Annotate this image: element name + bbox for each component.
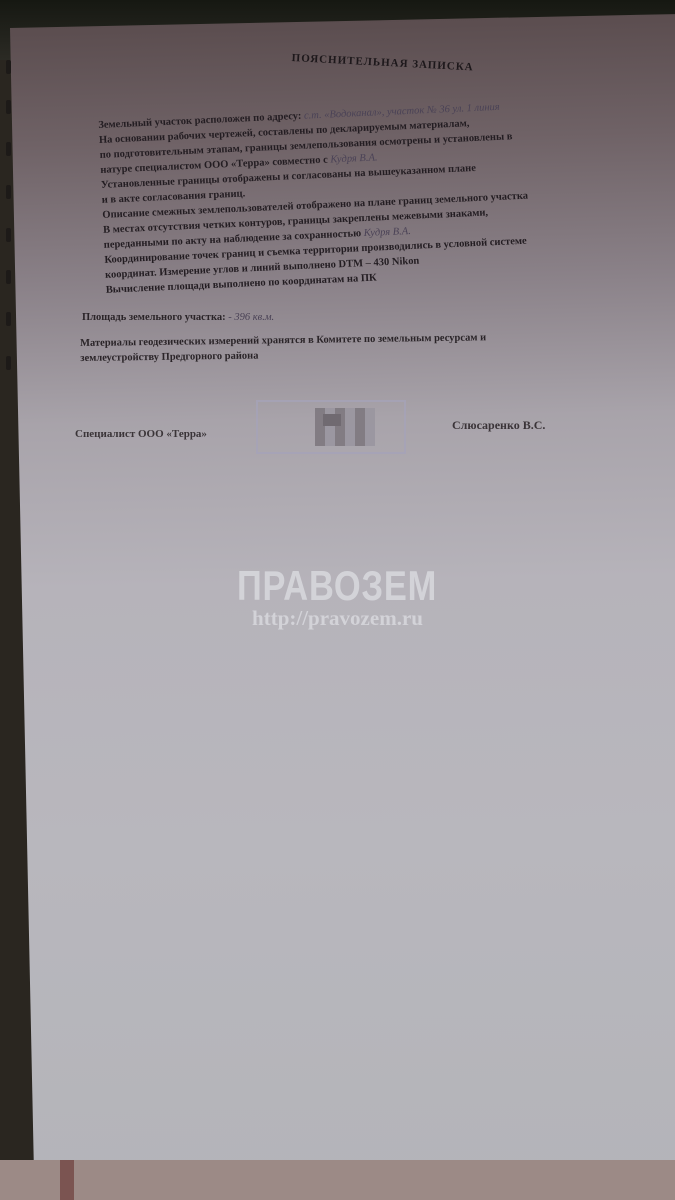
area-line: Площадь земельного участка: - 396 кв.м.	[82, 312, 274, 323]
handwritten-entry: Кудря В.А.	[330, 152, 378, 165]
signer-position: Специалист ООО «Терра»	[75, 428, 207, 440]
document-body: Земельный участок расположен по адресу: …	[98, 92, 675, 298]
signer-name: Слюсаренко В.С.	[452, 418, 545, 433]
redacted-signature	[315, 408, 375, 446]
handwritten-entry: Кудря В.А.	[363, 226, 411, 239]
materials-note: Материалы геодезических измерений хранят…	[80, 330, 486, 366]
area-value: - 396 кв.м.	[228, 312, 274, 323]
watermark-title: ПРАВОЗЕМ	[237, 562, 437, 610]
table-surface	[0, 1160, 675, 1200]
watermark: ПРАВОЗЕМ http://pravozem.ru	[0, 562, 675, 631]
area-label: Площадь земельного участка:	[82, 312, 226, 323]
